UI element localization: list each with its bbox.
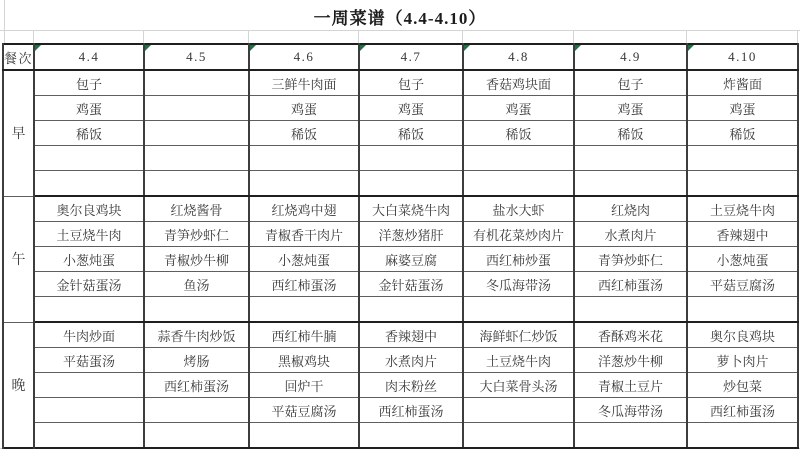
menu-row: 金针菇蛋汤鱼汤西红柿蛋汤金针菇蛋汤冬瓜海带汤西红柿蛋汤平菇豆腐汤 [3, 272, 798, 297]
menu-cell[interactable]: 包子 [359, 70, 463, 96]
menu-row: 平菇豆腐汤西红柿蛋汤冬瓜海带汤西红柿蛋汤 [3, 398, 798, 423]
menu-row: 鸡蛋鸡蛋鸡蛋鸡蛋鸡蛋鸡蛋 [3, 96, 798, 121]
menu-cell[interactable]: 鸡蛋 [249, 96, 359, 121]
error-indicator-icon [35, 45, 41, 51]
gridline [33, 30, 34, 43]
date-header-cell[interactable]: 4.8 [463, 44, 574, 70]
menu-cell[interactable]: 小葱炖蛋 [249, 247, 359, 272]
menu-row: 土豆烧牛肉青笋炒虾仁青椒香干肉片洋葱炒猪肝有机花菜炒肉片水煮肉片香辣翅中 [3, 222, 798, 247]
menu-cell[interactable] [687, 423, 798, 449]
menu-cell[interactable] [144, 121, 249, 146]
gridline [0, 30, 800, 31]
menu-cell[interactable]: 平菇豆腐汤 [249, 398, 359, 423]
date-label: 4.6 [294, 49, 315, 64]
menu-cell[interactable] [34, 423, 144, 449]
menu-cell[interactable] [463, 146, 574, 171]
menu-cell[interactable] [463, 171, 574, 197]
error-indicator-icon [464, 45, 470, 51]
menu-cell[interactable]: 蒜香牛肉炒饭 [144, 322, 249, 348]
menu-cell[interactable]: 有机花菜炒肉片 [463, 222, 574, 247]
menu-cell[interactable]: 青笋炒虾仁 [574, 247, 687, 272]
menu-cell[interactable]: 土豆烧牛肉 [463, 348, 574, 373]
menu-cell[interactable]: 香菇鸡块面 [463, 70, 574, 96]
spreadsheet-canvas: { "title": "一周菜谱（4.4-4.10）", "header": {… [0, 0, 800, 449]
menu-row: 晚牛肉炒面蒜香牛肉炒饭西红柿牛腩香辣翅中海鲜虾仁炒饭香酥鸡米花奥尔良鸡块 [3, 322, 798, 348]
menu-cell[interactable]: 香辣翅中 [687, 222, 798, 247]
gridline [143, 30, 144, 43]
menu-cell[interactable]: 洋葱炒猪肝 [359, 222, 463, 247]
menu-cell[interactable] [144, 398, 249, 423]
menu-cell[interactable]: 金针菇蛋汤 [359, 272, 463, 297]
menu-cell[interactable] [144, 146, 249, 171]
menu-cell[interactable]: 青椒炒牛柳 [144, 247, 249, 272]
menu-row: 小葱炖蛋青椒炒牛柳小葱炖蛋麻婆豆腐西红柿炒蛋青笋炒虾仁小葱炖蛋 [3, 247, 798, 272]
menu-cell[interactable]: 香辣翅中 [359, 322, 463, 348]
menu-cell[interactable]: 鸡蛋 [34, 96, 144, 121]
menu-cell[interactable] [144, 96, 249, 121]
error-indicator-icon [250, 45, 256, 51]
menu-cell[interactable]: 稀饭 [463, 121, 574, 146]
menu-cell[interactable]: 三鲜牛肉面 [249, 70, 359, 96]
menu-cell[interactable] [359, 171, 463, 197]
weekly-menu-table: 餐次 4.4 4.5 4.6 4.7 4.8 4.9 4.10 早包子三鲜牛肉面… [2, 43, 799, 449]
gridline [248, 30, 249, 43]
menu-cell[interactable]: 土豆烧牛肉 [34, 222, 144, 247]
date-header-cell[interactable]: 4.9 [574, 44, 687, 70]
menu-cell[interactable]: 稀饭 [687, 121, 798, 146]
gridline [4, 0, 5, 43]
error-indicator-icon [145, 45, 151, 51]
menu-cell[interactable]: 牛肉炒面 [34, 322, 144, 348]
menu-cell[interactable] [249, 297, 359, 323]
meal-label-breakfast[interactable]: 早 [3, 70, 34, 196]
menu-cell[interactable]: 肉末粉丝 [359, 373, 463, 398]
menu-cell[interactable] [463, 423, 574, 449]
menu-cell[interactable]: 麻婆豆腐 [359, 247, 463, 272]
menu-cell[interactable]: 西红柿蛋汤 [144, 373, 249, 398]
menu-cell[interactable] [359, 297, 463, 323]
menu-cell[interactable]: 水煮肉片 [359, 348, 463, 373]
gridline [797, 30, 798, 43]
meal-label-lunch[interactable]: 午 [3, 196, 34, 322]
menu-cell[interactable] [249, 423, 359, 449]
menu-cell[interactable]: 西红柿牛腩 [249, 322, 359, 348]
gridline [462, 30, 463, 43]
date-header-cell[interactable]: 4.5 [144, 44, 249, 70]
menu-cell[interactable] [34, 398, 144, 423]
menu-cell[interactable] [359, 423, 463, 449]
menu-cell[interactable]: 金针菇蛋汤 [34, 272, 144, 297]
menu-cell[interactable] [144, 171, 249, 197]
menu-cell[interactable]: 红烧肉 [574, 196, 687, 222]
menu-row: 稀饭稀饭稀饭稀饭稀饭稀饭 [3, 121, 798, 146]
menu-cell[interactable] [574, 297, 687, 323]
menu-cell[interactable] [144, 423, 249, 449]
menu-cell[interactable]: 稀饭 [574, 121, 687, 146]
menu-cell[interactable]: 青椒土豆片 [574, 373, 687, 398]
menu-cell[interactable] [687, 146, 798, 171]
menu-cell[interactable]: 冬瓜海带汤 [574, 398, 687, 423]
menu-cell[interactable]: 平菇蛋汤 [34, 348, 144, 373]
date-header-cell[interactable]: 4.7 [359, 44, 463, 70]
menu-cell[interactable] [144, 70, 249, 96]
menu-row: 午奥尔良鸡块红烧酱骨红烧鸡中翅大白菜烧牛肉盐水大虾红烧肉土豆烧牛肉 [3, 196, 798, 222]
menu-cell[interactable] [574, 423, 687, 449]
menu-row: 西红柿蛋汤回炉干肉末粉丝大白菜骨头汤青椒土豆片炒包菜 [3, 373, 798, 398]
menu-cell[interactable] [249, 171, 359, 197]
menu-cell[interactable]: 鱼汤 [144, 272, 249, 297]
menu-cell[interactable]: 西红柿炒蛋 [463, 247, 574, 272]
menu-row: 早包子三鲜牛肉面包子香菇鸡块面包子炸酱面 [3, 70, 798, 96]
menu-cell[interactable] [34, 297, 144, 323]
menu-row: 平菇蛋汤烤肠黑椒鸡块水煮肉片土豆烧牛肉洋葱炒牛柳萝卜肉片 [3, 348, 798, 373]
gridline [573, 30, 574, 43]
date-label: 4.10 [728, 49, 757, 64]
menu-cell[interactable]: 香酥鸡米花 [574, 322, 687, 348]
error-indicator-icon [575, 45, 581, 51]
menu-cell[interactable]: 烤肠 [144, 348, 249, 373]
menu-cell[interactable] [34, 171, 144, 197]
menu-cell[interactable]: 包子 [574, 70, 687, 96]
menu-cell[interactable] [249, 146, 359, 171]
date-label: 4.7 [401, 49, 422, 64]
menu-cell[interactable]: 稀饭 [359, 121, 463, 146]
menu-cell[interactable]: 大白菜烧牛肉 [359, 196, 463, 222]
menu-table-body: 早包子三鲜牛肉面包子香菇鸡块面包子炸酱面鸡蛋鸡蛋鸡蛋鸡蛋鸡蛋鸡蛋稀饭稀饭稀饭稀饭… [3, 70, 798, 448]
menu-row [3, 423, 798, 449]
menu-cell[interactable] [34, 146, 144, 171]
menu-cell[interactable]: 西红柿蛋汤 [687, 398, 798, 423]
header-row: 餐次 4.4 4.5 4.6 4.7 4.8 4.9 4.10 [3, 44, 798, 70]
menu-cell[interactable]: 西红柿蛋汤 [249, 272, 359, 297]
menu-cell[interactable]: 土豆烧牛肉 [687, 196, 798, 222]
menu-cell[interactable]: 盐水大虾 [463, 196, 574, 222]
menu-cell[interactable]: 稀饭 [34, 121, 144, 146]
menu-cell[interactable]: 海鲜虾仁炒饭 [463, 322, 574, 348]
menu-cell[interactable]: 西红柿蛋汤 [574, 272, 687, 297]
menu-cell[interactable]: 包子 [34, 70, 144, 96]
date-header-cell[interactable]: 4.10 [687, 44, 798, 70]
menu-row [3, 297, 798, 323]
menu-cell[interactable]: 炒包菜 [687, 373, 798, 398]
menu-cell[interactable]: 回炉干 [249, 373, 359, 398]
menu-cell[interactable]: 大白菜骨头汤 [463, 373, 574, 398]
menu-cell[interactable]: 黑椒鸡块 [249, 348, 359, 373]
menu-cell[interactable]: 鸡蛋 [359, 96, 463, 121]
menu-cell[interactable]: 稀饭 [249, 121, 359, 146]
meal-column-header[interactable]: 餐次 [3, 44, 34, 70]
date-label: 4.9 [620, 49, 641, 64]
menu-cell[interactable]: 洋葱炒牛柳 [574, 348, 687, 373]
menu-cell[interactable]: 西红柿蛋汤 [359, 398, 463, 423]
menu-cell[interactable]: 萝卜肉片 [687, 348, 798, 373]
menu-cell[interactable] [687, 297, 798, 323]
menu-cell[interactable]: 冬瓜海带汤 [463, 272, 574, 297]
menu-cell[interactable]: 奥尔良鸡块 [687, 322, 798, 348]
menu-cell[interactable]: 鸡蛋 [687, 96, 798, 121]
menu-cell[interactable]: 平菇豆腐汤 [687, 272, 798, 297]
menu-cell[interactable]: 小葱炖蛋 [687, 247, 798, 272]
meal-label-dinner[interactable]: 晚 [3, 322, 34, 448]
menu-cell[interactable]: 炸酱面 [687, 70, 798, 96]
menu-cell[interactable]: 红烧鸡中翅 [249, 196, 359, 222]
menu-cell[interactable] [463, 297, 574, 323]
gridline [358, 30, 359, 43]
error-indicator-icon [688, 45, 694, 51]
menu-row [3, 146, 798, 171]
date-header-cell[interactable]: 4.6 [249, 44, 359, 70]
menu-cell[interactable]: 水煮肉片 [574, 222, 687, 247]
menu-row [3, 171, 798, 197]
date-header-cell[interactable]: 4.4 [34, 44, 144, 70]
menu-cell[interactable] [687, 171, 798, 197]
menu-cell[interactable] [144, 297, 249, 323]
menu-cell[interactable]: 青椒香干肉片 [249, 222, 359, 247]
menu-cell[interactable]: 红烧酱骨 [144, 196, 249, 222]
menu-cell[interactable] [34, 373, 144, 398]
menu-cell[interactable]: 小葱炖蛋 [34, 247, 144, 272]
menu-cell[interactable]: 鸡蛋 [463, 96, 574, 121]
menu-cell[interactable] [359, 146, 463, 171]
gridline [686, 30, 687, 43]
menu-cell[interactable] [574, 146, 687, 171]
menu-cell[interactable]: 奥尔良鸡块 [34, 196, 144, 222]
menu-cell[interactable] [574, 171, 687, 197]
date-label: 4.5 [186, 49, 207, 64]
sheet-title[interactable]: 一周菜谱（4.4-4.10） [0, 4, 800, 29]
menu-cell[interactable] [463, 398, 574, 423]
date-label: 4.4 [79, 49, 100, 64]
date-label: 4.8 [508, 49, 529, 64]
error-indicator-icon [360, 45, 366, 51]
menu-cell[interactable]: 青笋炒虾仁 [144, 222, 249, 247]
menu-cell[interactable]: 鸡蛋 [574, 96, 687, 121]
